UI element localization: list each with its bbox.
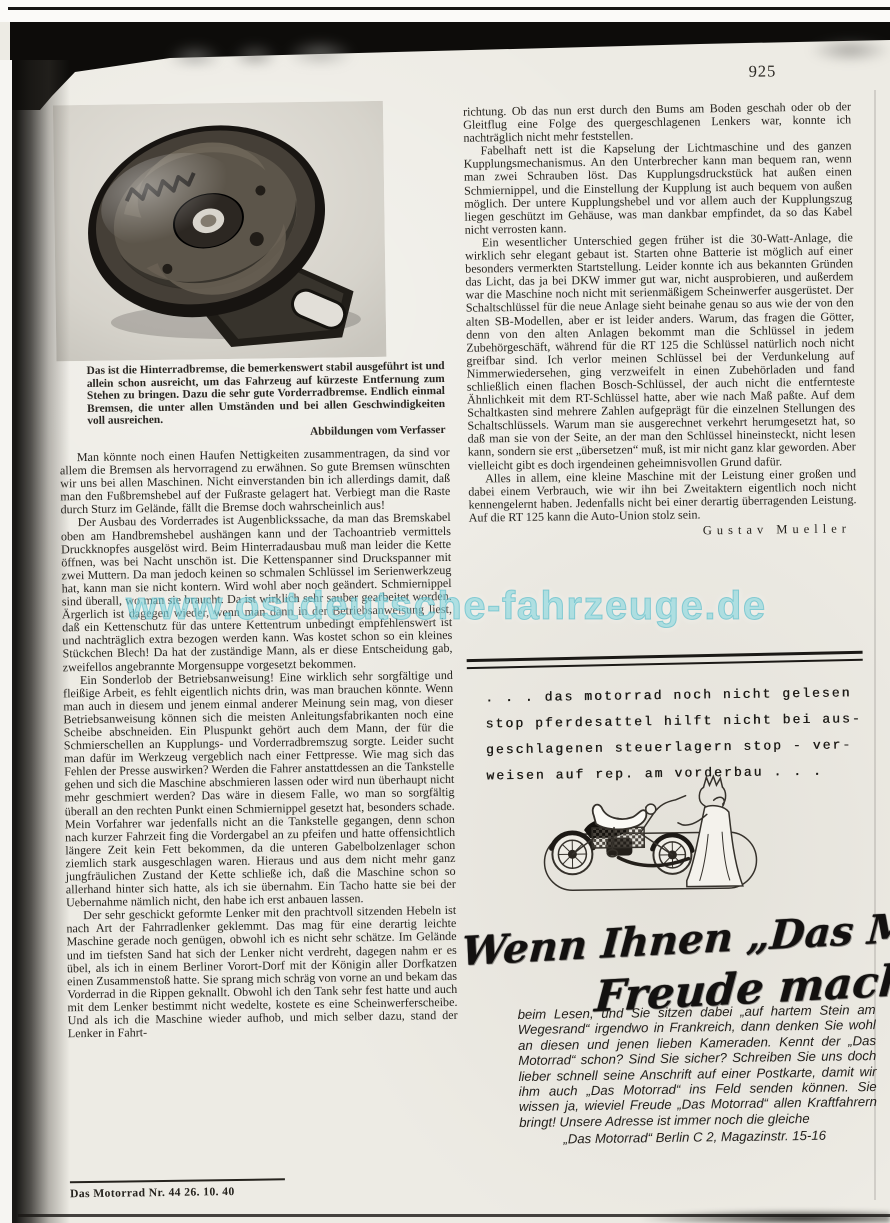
ad-body-text: beim Lesen, und Sie sitzen dabei „auf ha… (518, 1002, 877, 1130)
scan-left-margin (0, 60, 12, 1223)
paragraph: Ein Sonderlob der Betriebsanweisung! Ein… (63, 668, 456, 909)
scan-bottom-smudge (540, 1200, 890, 1223)
page-content: 925 (0, 0, 890, 1223)
footer-rule (70, 1178, 285, 1183)
page-footer: Das Motorrad Nr. 44 26. 10. 40 (70, 1177, 400, 1201)
left-column: Man könnte noch einen Haufen Nettigkeite… (60, 446, 458, 1041)
scanned-magazine-page: 925 (0, 0, 890, 1223)
ad-body: beim Lesen, und Sie sitzen dabei „auf ha… (518, 1002, 878, 1148)
section-divider-rule (467, 651, 863, 669)
paragraph: richtung. Ob das nun erst durch den Bums… (463, 100, 852, 145)
paragraph: Der sehr geschickt geformte Lenker mit d… (66, 904, 458, 1040)
paragraph: Fabelhaft nett ist die Kapselung der Lic… (463, 140, 852, 237)
scan-edge-top (0, 0, 890, 22)
ad-address: „Das Motorrad“ Berlin C 2, Magazinstr. 1… (519, 1127, 877, 1147)
scan-band-streaks (0, 20, 890, 65)
scan-edge-top-line (8, 7, 890, 10)
paragraph: Man könnte noch einen Haufen Nettigkeite… (60, 446, 451, 517)
scan-right-page-edge (874, 90, 876, 1200)
photo-caption: Das ist die Hinterradbremse, die bemerke… (87, 360, 446, 442)
author-byline: Gustav Mueller (469, 522, 857, 541)
photo-caption-text: Das ist die Hinterradbremse, die bemerke… (87, 360, 446, 427)
scan-gutter-shadow (10, 60, 70, 1223)
paragraph: Der Ausbau des Vorderrades ist Augenblic… (61, 511, 453, 674)
footer-imprint: Das Motorrad Nr. 44 26. 10. 40 (70, 1183, 400, 1201)
rear-brake-photo (53, 101, 387, 362)
paragraph: Alles in allem, eine kleine Maschine mit… (468, 467, 857, 525)
right-column: richtung. Ob das nun erst durch den Bums… (463, 100, 857, 540)
paragraph: Ein wesentlicher Unterschied gegen frühe… (465, 231, 856, 472)
